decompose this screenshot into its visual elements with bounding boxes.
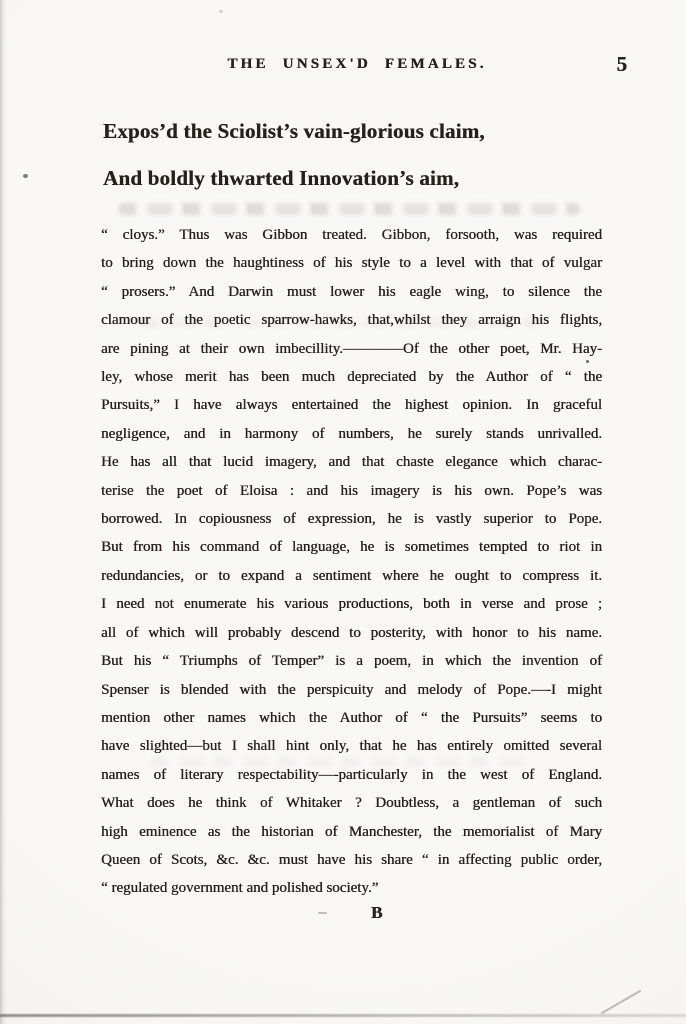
prose-line: mention other names which the Author of … [101, 704, 602, 732]
prose-line: Pursuits,” I have always entertained the… [101, 391, 602, 419]
prose-line: Queen of Scots, &c. &c. must have his sh… [101, 846, 602, 874]
prose-line: But from his command of language, he is … [101, 533, 602, 561]
prose-line: redundancies, or to expand a sentiment w… [101, 562, 602, 590]
prose-line: have slighted—but I shall hint only, tha… [101, 732, 602, 760]
prose-line: He has all that lucid imagery, and that … [101, 448, 602, 476]
page-header: THE UNSEX'D FEMALES. 5 [0, 56, 686, 82]
verse-line: Expos’d the Sciolist’s vain-glorious cla… [103, 108, 485, 155]
prose-line: clamour of the poetic sparrow-hawks, tha… [101, 306, 602, 334]
ink-speck [23, 174, 28, 178]
prose-line: I need not enumerate his various product… [101, 590, 602, 618]
prose-line: terise the poet of Eloisa : and his imag… [101, 477, 602, 505]
scan-edge-left [0, 0, 7, 1024]
prose-line: ley, whose merit has been much depreciat… [101, 363, 602, 391]
ink-speck [318, 912, 327, 914]
running-title: THE UNSEX'D FEMALES. [227, 56, 486, 73]
ink-speck [586, 360, 589, 363]
prose-line: “ prosers.” And Darwin must lower his ea… [101, 278, 602, 306]
prose-line: high eminence as the historian of Manche… [101, 818, 602, 846]
prose-line: to bring down the haughtiness of his sty… [101, 249, 602, 277]
signature-mark: B [371, 903, 382, 923]
verse-couplet: Expos’d the Sciolist’s vain-glorious cla… [103, 108, 485, 202]
prose-line: What does he think of Whitaker ? Doubtle… [101, 789, 602, 817]
prose-line: But his “ Triumphs of Temper” is a poem,… [101, 647, 602, 675]
ink-speck [219, 10, 223, 13]
page-number: 5 [617, 52, 628, 77]
prose-line: negligence, and in harmony of numbers, h… [101, 420, 602, 448]
verse-line: And boldly thwarted Innovation’s aim, [103, 155, 485, 202]
prose-line: names of literary respectability—-partic… [101, 761, 602, 789]
prose-line: are pining at their own imbecillity.————… [101, 335, 602, 363]
prose-line: all of which will probably descend to po… [101, 619, 602, 647]
prose-line: Spenser is blended with the perspicuity … [101, 676, 602, 704]
prose-line: “ regulated government and polished soci… [101, 874, 602, 902]
bleed-through-artifact [118, 203, 580, 215]
prose-block: “ cloys.” Thus was Gibbon treated. Gibbo… [101, 221, 602, 903]
scan-scratch-artifact [601, 990, 642, 1015]
prose-line: borrowed. In copiousness of expression, … [101, 505, 602, 533]
prose-line: “ cloys.” Thus was Gibbon treated. Gibbo… [101, 221, 602, 249]
scan-edge-bottom [0, 1014, 686, 1017]
